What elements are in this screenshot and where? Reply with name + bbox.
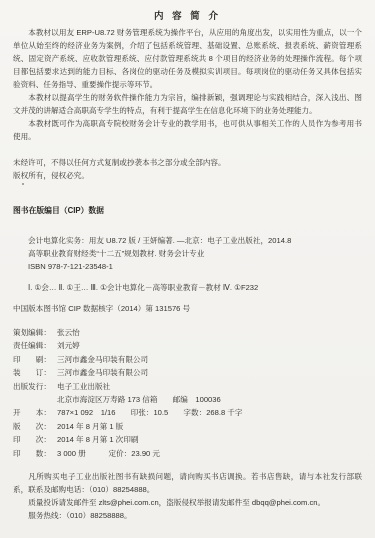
colophon-value: 刘元婷 [57,339,80,352]
colophon-value: 三河市鑫金马印装有限公司 [57,353,148,366]
colophon-row-planning-editor: 策划编辑： 张云怡 [13,326,362,339]
copyright-notice-line: 未经许可，不得以任何方式复制或抄袭本书之部分或全部内容。 [13,156,362,169]
scan-artifact-dot [22,183,24,185]
service-notes: 凡所购买电子工业出版社图书有缺损问题，请向购买书店调换。若书店售缺，请与本社发行… [13,470,362,522]
colophon-row-printer: 印 刷： 三河市鑫金马印装有限公司 [13,353,362,366]
colophon-row-publisher-address: 北京市海淀区万寿路 173 信箱 邮编 100036 [13,393,362,406]
cip-classification: Ⅰ. ①会… Ⅱ. ①王… Ⅲ. ①会计电算化－高等职业教育－教材 Ⅳ. ①F2… [13,281,362,294]
colophon-label: 装 订： [13,366,57,379]
colophon-label: 印 刷： [13,353,57,366]
cip-isbn: ISBN 978-7-121-23548-1 [28,260,362,273]
colophon-label: 版 次： [13,420,57,433]
summary-paragraph: 本教材以用友 ERP-U8.72 财务管理系统为操作平台，从应用的角度出发，以实… [13,26,362,91]
colophon-value: 张云怡 [57,326,80,339]
colophon-label: 开 本： [13,406,57,419]
cip-line: 会计电算化实务：用友 U8.72 版 / 王妍编著. —北京：电子工业出版社，2… [28,234,362,247]
colophon: 策划编辑： 张云怡 责任编辑： 刘元婷 印 刷： 三河市鑫金马印装有限公司 装 … [13,326,362,460]
colophon-label: 印 数： [13,447,57,460]
colophon-row-responsible-editor: 责任编辑： 刘元婷 [13,339,362,352]
colophon-row-publisher: 出版发行： 电子工业出版社 [13,380,362,393]
summary-paragraph: 本教材既可作为高职高专院校财务会计专业的教学用书，也可供从事相关工作的人员作为参… [13,117,362,143]
service-note-hotline: 服务热线：（010）88258888。 [13,509,362,522]
cip-description: 会计电算化实务：用友 U8.72 版 / 王妍编著. —北京：电子工业出版社，2… [13,234,362,273]
colophon-value: 787×1 092 1/16 印张：10.5 字数：268.8 千字 [57,406,243,419]
colophon-value: 3 000 册 定价：23.90 元 [57,447,160,460]
content-summary: 本教材以用友 ERP-U8.72 财务管理系统为操作平台，从应用的角度出发，以实… [13,26,362,143]
cip-line: 高等职业教育财经类“十二五”规划教材. 财务会计专业 [28,247,362,260]
book-copyright-page: 内 容 简 介 本教材以用友 ERP-U8.72 财务管理系统为操作平台，从应用… [0,0,375,538]
colophon-row-impression: 印 次： 2014 年 8 月第 1 次印刷 [13,433,362,446]
colophon-value: 北京市海淀区万寿路 173 信箱 邮编 100036 [57,393,221,406]
summary-paragraph: 本教材以提高学生的财务软件操作能力为宗旨，编排新颖，强调理论与实践相结合，深入浅… [13,91,362,117]
copyright-notice-line: 版权所有，侵权必究。 [13,169,362,182]
cip-heading: 图书在版编目（CIP）数据 [13,204,362,217]
colophon-row-print-run-price: 印 数： 3 000 册 定价：23.90 元 [13,447,362,460]
colophon-label: 策划编辑： [13,326,57,339]
colophon-label: 责任编辑： [13,339,57,352]
colophon-row-edition: 版 次： 2014 年 8 月第 1 版 [13,420,362,433]
copyright-notice: 未经许可，不得以任何方式复制或抄袭本书之部分或全部内容。 版权所有，侵权必究。 [13,156,362,182]
colophon-label: 印 次： [13,433,57,446]
colophon-value: 三河市鑫金马印装有限公司 [57,366,148,379]
colophon-value: 2014 年 8 月第 1 次印刷 [57,433,138,446]
colophon-value: 电子工业出版社 [57,380,110,393]
service-note-exchange: 凡所购买电子工业出版社图书有缺损问题，请向购买书店调换。若书店售缺，请与本社发行… [13,470,362,496]
colophon-row-format: 开 本： 787×1 092 1/16 印张：10.5 字数：268.8 千字 [13,406,362,419]
colophon-label: 出版发行： [13,380,57,393]
colophon-label [13,393,57,406]
colophon-value: 2014 年 8 月第 1 版 [57,420,123,433]
page-title: 内 容 简 介 [13,10,362,23]
colophon-row-binder: 装 订： 三河市鑫金马印装有限公司 [13,366,362,379]
service-note-email: 质量投诉请发邮件至 zlts@phei.com.cn，盗版侵权举报请发邮件至 d… [13,496,362,509]
cip-record-number: 中国版本图书馆 CIP 数据核字（2014）第 131576 号 [13,302,362,315]
